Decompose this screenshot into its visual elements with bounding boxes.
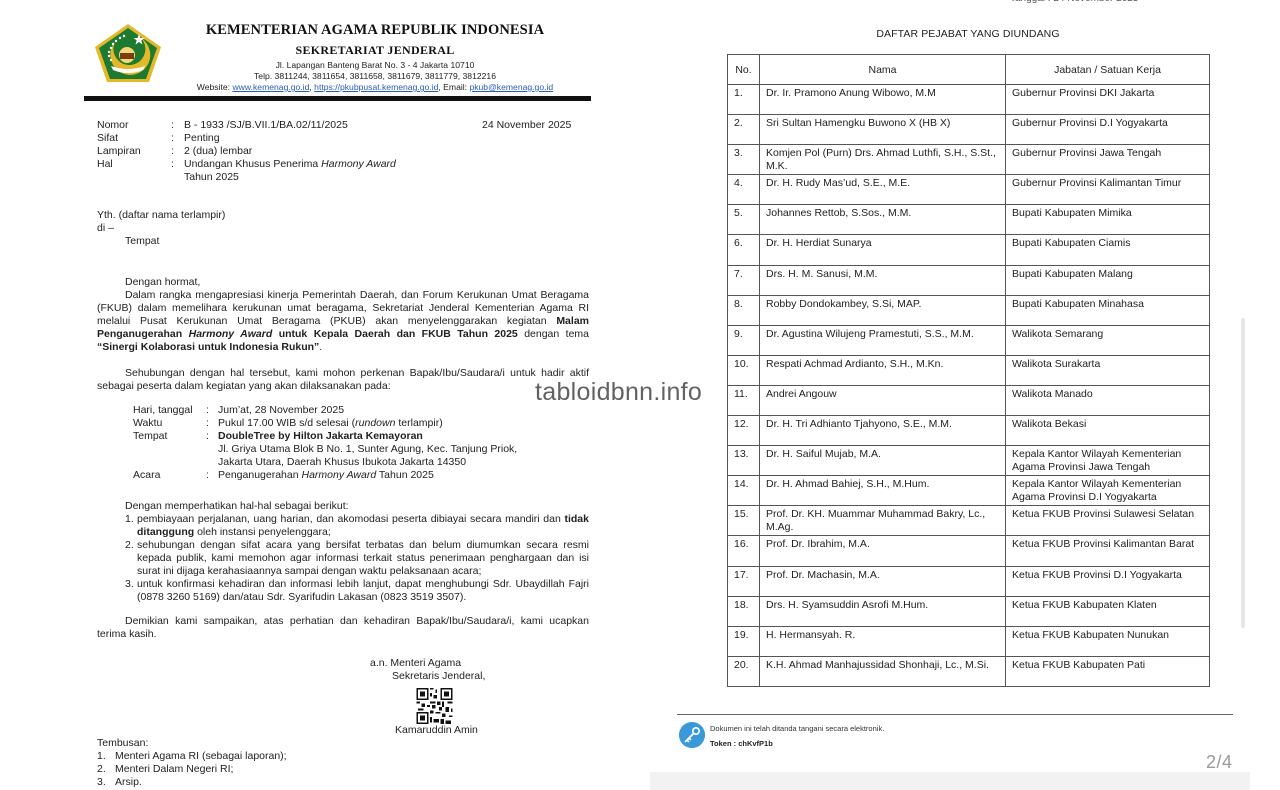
- cell-jabatan: Walikota Bekasi: [1006, 416, 1210, 446]
- cell-nama: Respati Achmad Ardianto, S.H., M.Kn.: [760, 355, 1006, 385]
- cell-jabatan: Walikota Surakarta: [1006, 355, 1210, 385]
- cell-nama: Dr. H. Saiful Mujab, M.A.: [760, 446, 1006, 476]
- cell-nama: H. Hermansyah. R.: [760, 626, 1006, 656]
- cell-jabatan: Bupati Kabupaten Malang: [1006, 265, 1210, 295]
- page-gap: [650, 772, 1250, 790]
- table-row: 18.Drs. H. Syamsuddin Asrofi M.Hum.Ketua…: [728, 596, 1210, 626]
- cell-no: 6.: [728, 235, 760, 265]
- cell-nama: Dr. H. Tri Adhianto Tjahyono, S.E., M.M.: [760, 416, 1006, 446]
- cell-jabatan: Gubernur Provinsi Kalimantan Timur: [1006, 175, 1210, 205]
- cc-item: 3.Arsip.: [97, 776, 287, 789]
- cell-nama: Johannes Rettob, S.Sos., M.M.: [760, 205, 1006, 235]
- event-details: Hari, tanggal:Jum’at, 28 November 2025 W…: [133, 404, 578, 482]
- cell-nama: K.H. Ahmad Manhajussidad Shonhaji, Lc., …: [760, 656, 1006, 686]
- cell-no: 5.: [728, 205, 760, 235]
- table-row: 9.Dr. Agustina Wilujeng Pramestuti, S.S.…: [728, 325, 1210, 355]
- signature-block: a.n. Menteri Agama Sekretaris Jenderal,: [370, 657, 485, 683]
- recipient-block: Yth. (daftar nama terlampir) di – Tempat: [97, 209, 225, 248]
- table-row: 2.Sri Sultan Hamengku Buwono X (HB X)Gub…: [728, 115, 1210, 145]
- cell-no: 10.: [728, 355, 760, 385]
- meta-row-sifat: Sifat:Penting: [97, 132, 484, 145]
- ministry-name: KEMENTERIAN AGAMA REPUBLIK INDONESIA: [180, 22, 570, 39]
- cell-jabatan: Bupati Kabupaten Minahasa: [1006, 295, 1210, 325]
- cell-no: 3.: [728, 145, 760, 175]
- meta-row-nomor: Nomor:B - 1933 /SJ/B.VII.1/BA.02/11/2025: [97, 119, 484, 132]
- event-day: Hari, tanggal:Jum’at, 28 November 2025: [133, 404, 578, 417]
- cell-no: 7.: [728, 265, 760, 295]
- letterhead: KEMENTERIAN AGAMA REPUBLIK INDONESIA SEK…: [180, 22, 570, 93]
- cell-no: 13.: [728, 446, 760, 476]
- cell-jabatan: Ketua FKUB Provinsi Sulawesi Selatan: [1006, 506, 1210, 536]
- cc-item: 1.Menteri Agama RI (sebagai laporan);: [97, 750, 287, 763]
- esign-token: Token : chKvfP1b: [710, 739, 773, 748]
- column-header-no: No.: [728, 55, 760, 85]
- qr-code-icon: [416, 688, 453, 724]
- vertical-scrollbar[interactable]: [1241, 318, 1245, 628]
- meta-row-lampiran: Lampiran:2 (dua) lembar: [97, 145, 484, 158]
- cell-nama: Drs. H. Syamsuddin Asrofi M.Hum.: [760, 596, 1006, 626]
- contact-line: Website: www.kemenag.go.id, https://pkub…: [180, 82, 570, 93]
- cell-no: 17.: [728, 566, 760, 596]
- cell-jabatan: Kepala Kantor Wilayah Kementerian Agama …: [1006, 446, 1210, 476]
- greeting: Dengan hormat,: [97, 276, 589, 289]
- cell-nama: Dr. H. Herdiat Sunarya: [760, 235, 1006, 265]
- cell-jabatan: Ketua FKUB Kabupaten Nunukan: [1006, 626, 1210, 656]
- attachment-date-cut: Tanggal : 24 November 2025: [1010, 0, 1138, 4]
- closing-paragraph: Demikian kami sampaikan, atas perhatian …: [97, 615, 589, 641]
- cell-no: 1.: [728, 85, 760, 115]
- letter-meta: Nomor:B - 1933 /SJ/B.VII.1/BA.02/11/2025…: [97, 119, 484, 184]
- page-indicator: 2/4: [1206, 752, 1233, 773]
- table-row: 17.Prof. Dr. Machasin, M.A.Ketua FKUB Pr…: [728, 566, 1210, 596]
- cell-no: 14.: [728, 476, 760, 506]
- cell-jabatan: Bupati Kabupaten Mimika: [1006, 205, 1210, 235]
- table-row: 1.Dr. Ir. Pramono Anung Wibowo, M.MGuber…: [728, 85, 1210, 115]
- cell-no: 11.: [728, 385, 760, 415]
- signatory-name: Kamaruddin Amin: [395, 724, 478, 736]
- table-row: 8.Robby Dondokambey, S.Si, MAP.Bupati Ka…: [728, 295, 1210, 325]
- cell-no: 20.: [728, 656, 760, 686]
- address: Jl. Lapangan Banteng Barat No. 3 - 4 Jak…: [180, 60, 570, 71]
- letter-date: 24 November 2025: [482, 119, 571, 131]
- column-header-nama: Nama: [760, 55, 1006, 85]
- table-row: 16.Prof. Dr. Ibrahim, M.A.Ketua FKUB Pro…: [728, 536, 1210, 566]
- table-row: 19.H. Hermansyah. R.Ketua FKUB Kabupaten…: [728, 626, 1210, 656]
- cc-list: Tembusan: 1.Menteri Agama RI (sebagai la…: [97, 737, 287, 789]
- table-row: 12.Dr. H. Tri Adhianto Tjahyono, S.E., M…: [728, 416, 1210, 446]
- cell-jabatan: Walikota Semarang: [1006, 325, 1210, 355]
- event-agenda: Acara:Penganugerahan Harmony Award Tahun…: [133, 469, 578, 482]
- table-row: 3.Komjen Pol (Purn) Drs. Ahmad Luthfi, S…: [728, 145, 1210, 175]
- cell-nama: Dr. Ir. Pramono Anung Wibowo, M.M: [760, 85, 1006, 115]
- column-header-jabatan: Jabatan / Satuan Kerja: [1006, 55, 1210, 85]
- phone: Telp. 3811244, 3811654, 3811658, 3811679…: [180, 71, 570, 82]
- meta-row-hal: Hal:Undangan Khusus Penerima Harmony Awa…: [97, 158, 484, 184]
- note-item: 3.untuk konfirmasi kehadiran dan informa…: [97, 578, 589, 604]
- cell-nama: Dr. Agustina Wilujeng Pramestuti, S.S., …: [760, 325, 1006, 355]
- watermark: tabloidbnn.info: [535, 378, 702, 407]
- cc-item: 2.Menteri Dalam Negeri RI;: [97, 763, 287, 776]
- attachment-title: DAFTAR PEJABAT YANG DIUNDANG: [726, 28, 1210, 40]
- officials-table: No. Nama Jabatan / Satuan Kerja 1.Dr. Ir…: [727, 54, 1210, 687]
- website-link-1[interactable]: www.kemenag.go.id: [232, 82, 309, 92]
- cell-nama: Andrei Angouw: [760, 385, 1006, 415]
- letter-body: Dengan hormat, Dalam rangka mengapresias…: [97, 276, 589, 393]
- letterhead-divider: [84, 96, 591, 101]
- email-link[interactable]: pkub@kemenag.go.id: [469, 82, 553, 92]
- website-link-2[interactable]: https://pkubpusat.kemenag.go.id: [314, 82, 438, 92]
- cell-jabatan: Ketua FKUB Kabupaten Klaten: [1006, 596, 1210, 626]
- cell-no: 4.: [728, 175, 760, 205]
- table-row: 14.Dr. H. Ahmad Bahiej, S.H., M.Hum.Kepa…: [728, 476, 1210, 506]
- cell-jabatan: Gubernur Provinsi DKI Jakarta: [1006, 85, 1210, 115]
- cell-jabatan: Ketua FKUB Kabupaten Pati: [1006, 656, 1210, 686]
- event-time: Waktu:Pukul 17.00 WIB s/d selesai (rundo…: [133, 417, 578, 430]
- table-row: 15.Prof. Dr. KH. Muammar Muhammad Bakry,…: [728, 506, 1210, 536]
- e-signature-key-icon: [679, 722, 705, 748]
- cell-nama: Dr. H. Rudy Mas’ud, S.E., M.E.: [760, 175, 1006, 205]
- note-item: 1.pembiayaan perjalanan, uang harian, da…: [97, 513, 589, 539]
- cell-jabatan: Ketua FKUB Provinsi Kalimantan Barat: [1006, 536, 1210, 566]
- table-row: 4.Dr. H. Rudy Mas’ud, S.E., M.E.Gubernur…: [728, 175, 1210, 205]
- notes-list: Dengan memperhatikan hal-hal sebagai ber…: [97, 500, 589, 604]
- table-header-row: No. Nama Jabatan / Satuan Kerja: [728, 55, 1210, 85]
- cell-jabatan: Walikota Manado: [1006, 385, 1210, 415]
- paragraph-2: Sehubungan dengan hal tersebut, kami moh…: [97, 367, 589, 393]
- table-row: 11.Andrei AngouwWalikota Manado: [728, 385, 1210, 415]
- cell-no: 15.: [728, 506, 760, 536]
- cell-jabatan: Gubernur Provinsi Jawa Tengah: [1006, 145, 1210, 175]
- table-row: 6.Dr. H. Herdiat SunaryaBupati Kabupaten…: [728, 235, 1210, 265]
- cell-no: 18.: [728, 596, 760, 626]
- event-place: Tempat:DoubleTree by Hilton Jakarta Kema…: [133, 430, 578, 469]
- table-row: 7.Drs. H. M. Sanusi, M.M.Bupati Kabupate…: [728, 265, 1210, 295]
- unit-name: SEKRETARIAT JENDERAL: [180, 43, 570, 58]
- table-row: 13.Dr. H. Saiful Mujab, M.A.Kepala Kanto…: [728, 446, 1210, 476]
- kemenag-emblem-icon: [93, 22, 163, 84]
- cell-jabatan: Kepala Kantor Wilayah Kementerian Agama …: [1006, 476, 1210, 506]
- cell-jabatan: Bupati Kabupaten Ciamis: [1006, 235, 1210, 265]
- cell-no: 8.: [728, 295, 760, 325]
- cell-no: 2.: [728, 115, 760, 145]
- note-item: 2.sehubungan dengan sifat acara yang ber…: [97, 539, 589, 578]
- cell-jabatan: Ketua FKUB Provinsi D.I Yogyakarta: [1006, 566, 1210, 596]
- cell-no: 9.: [728, 325, 760, 355]
- table-row: 10.Respati Achmad Ardianto, S.H., M.Kn.W…: [728, 355, 1210, 385]
- cell-no: 16.: [728, 536, 760, 566]
- cell-nama: Drs. H. M. Sanusi, M.M.: [760, 265, 1006, 295]
- cell-nama: Sri Sultan Hamengku Buwono X (HB X): [760, 115, 1006, 145]
- cell-no: 12.: [728, 416, 760, 446]
- cell-nama: Prof. Dr. KH. Muammar Muhammad Bakry, Lc…: [760, 506, 1006, 536]
- cell-nama: Prof. Dr. Machasin, M.A.: [760, 566, 1006, 596]
- cell-nama: Robby Dondokambey, S.Si, MAP.: [760, 295, 1006, 325]
- table-row: 5.Johannes Rettob, S.Sos., M.M.Bupati Ka…: [728, 205, 1210, 235]
- table-row: 20.K.H. Ahmad Manhajussidad Shonhaji, Lc…: [728, 656, 1210, 686]
- esign-statement: Dokumen ini telah ditanda tangani secara…: [710, 724, 884, 733]
- cell-no: 19.: [728, 626, 760, 656]
- esign-divider: [677, 714, 1233, 715]
- cell-nama: Komjen Pol (Purn) Drs. Ahmad Luthfi, S.H…: [760, 145, 1006, 175]
- cell-nama: Prof. Dr. Ibrahim, M.A.: [760, 536, 1006, 566]
- cell-nama: Dr. H. Ahmad Bahiej, S.H., M.Hum.: [760, 476, 1006, 506]
- cell-jabatan: Gubernur Provinsi D.I Yogyakarta: [1006, 115, 1210, 145]
- paragraph-1: Dalam rangka mengapresiasi kinerja Pemer…: [97, 289, 589, 354]
